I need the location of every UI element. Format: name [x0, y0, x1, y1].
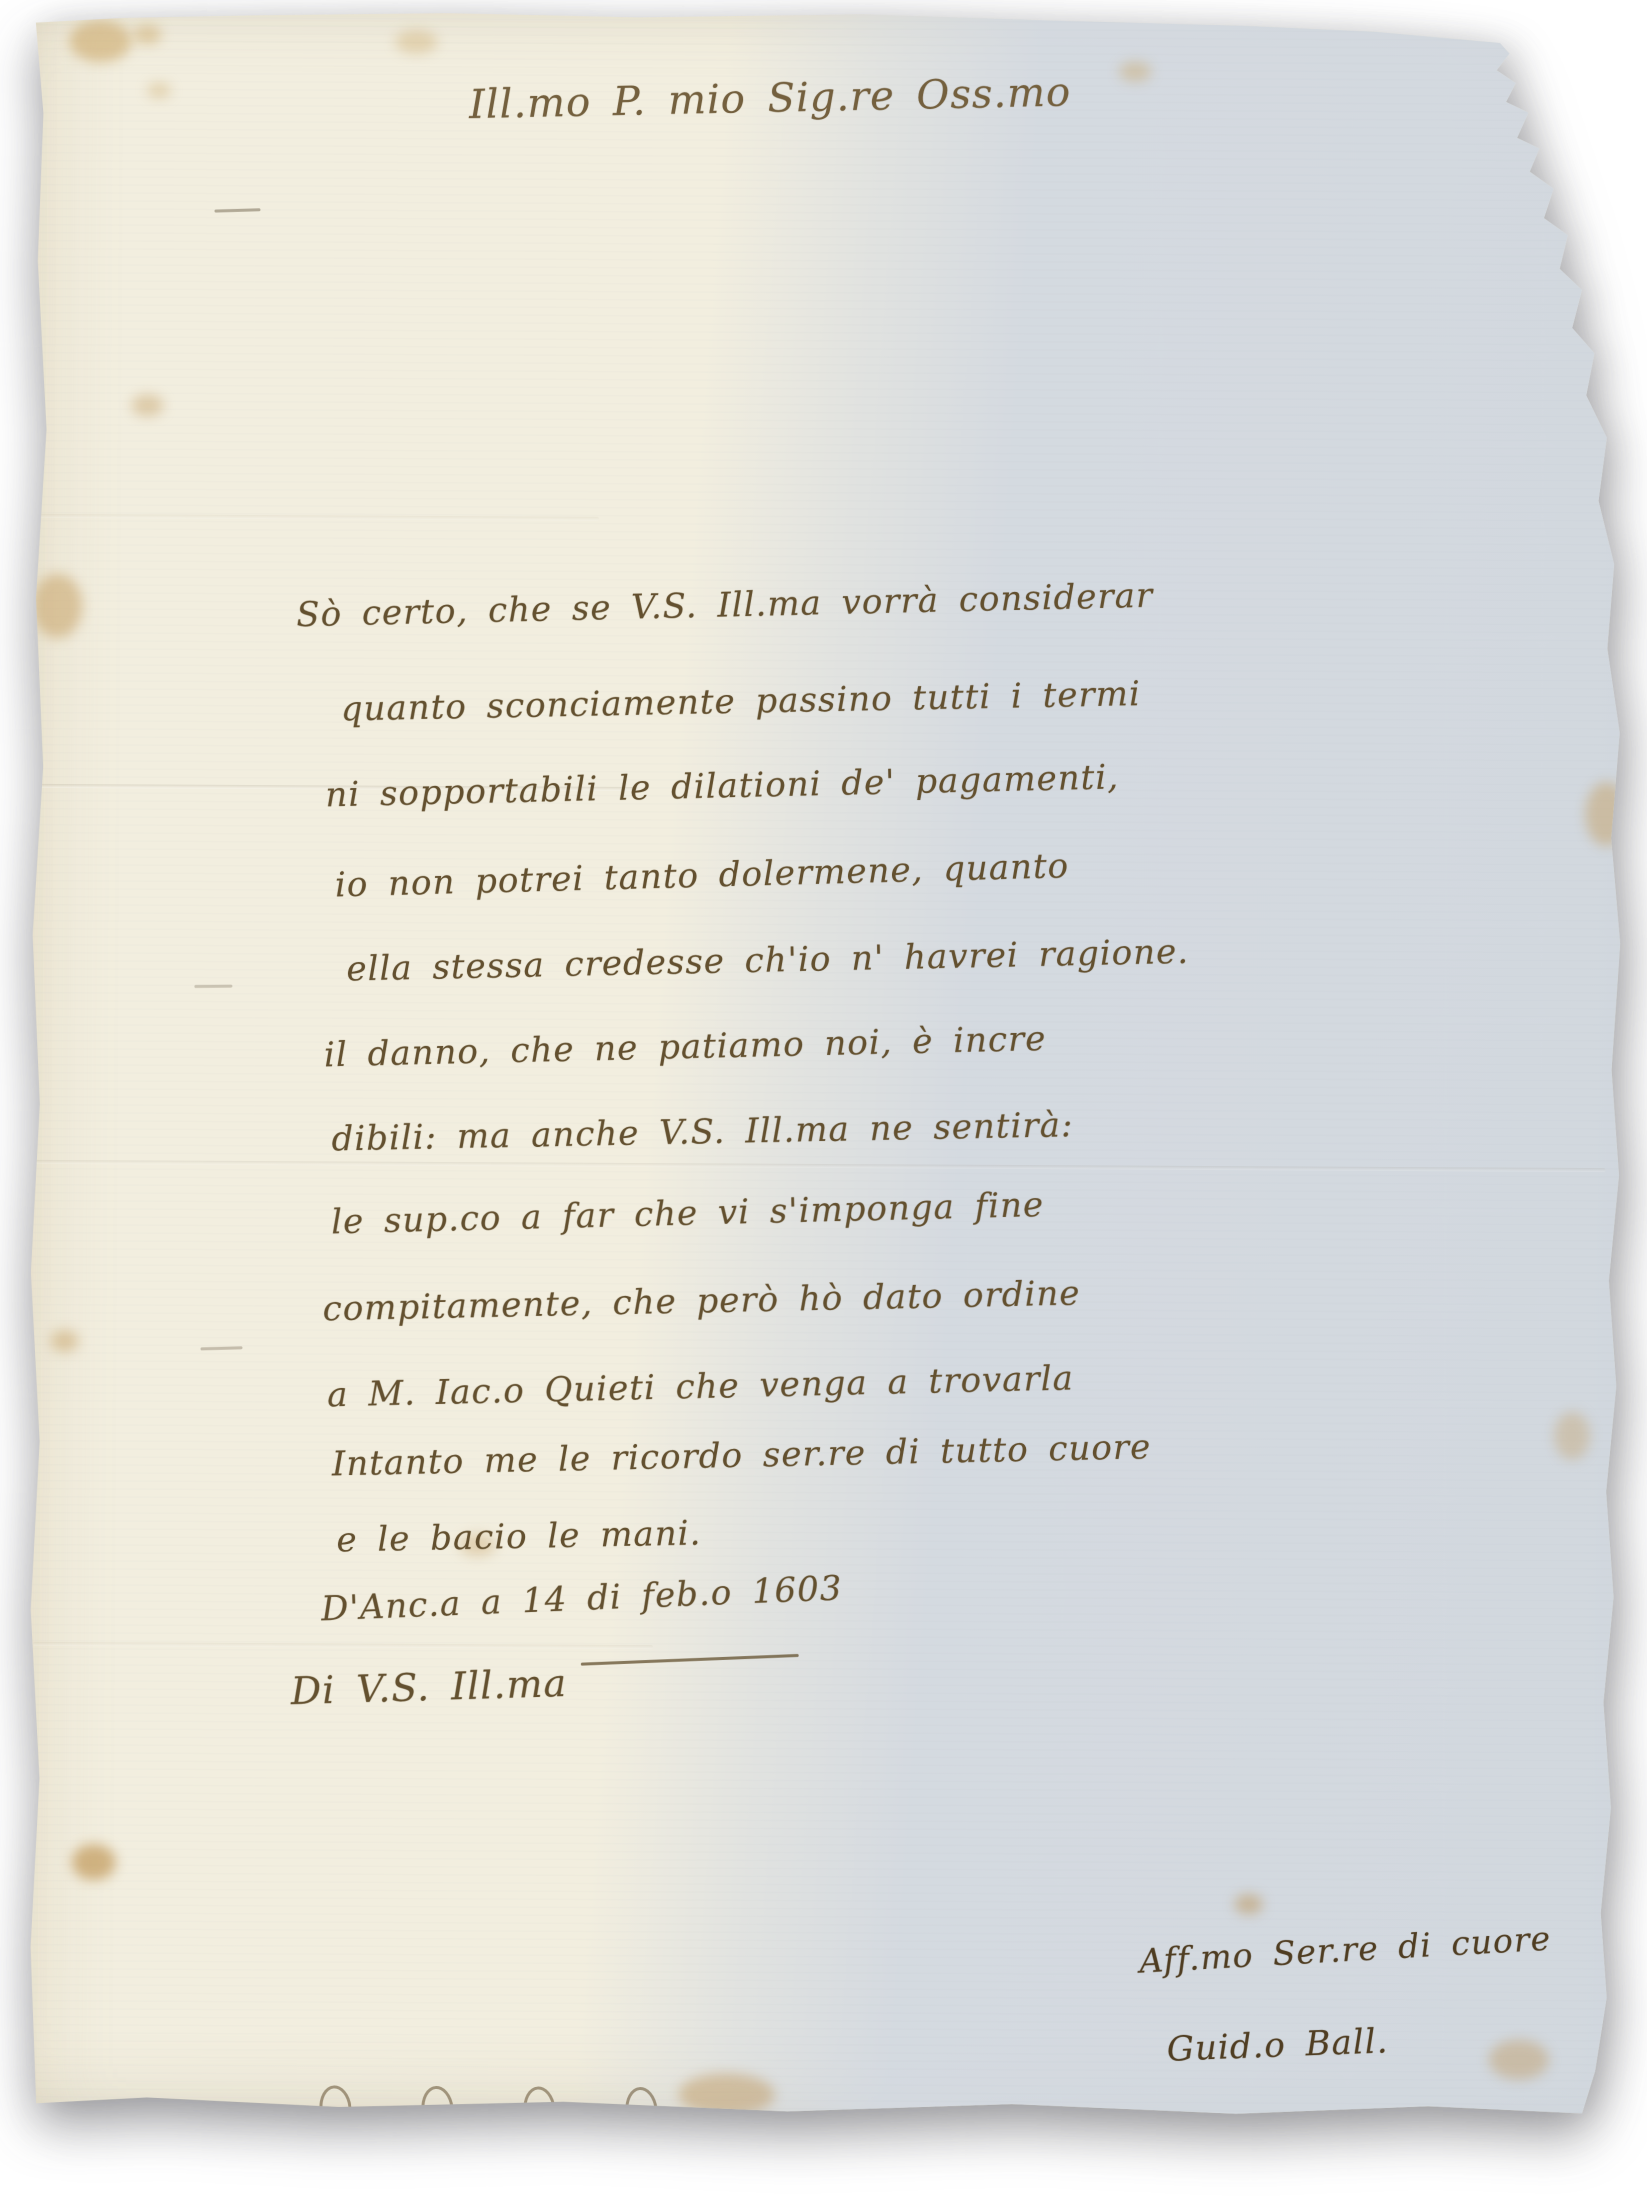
- foxing-stain: [1585, 782, 1627, 846]
- scanned-letter-page: Ill.mo P. mio Sig.re Oss.mo Sò certo, ch…: [0, 0, 1647, 2199]
- foxing-stain: [131, 394, 163, 416]
- foxing-stain: [50, 1330, 78, 1352]
- foxing-stain: [147, 82, 171, 98]
- valediction: Di V.S. Ill.ma: [290, 1661, 568, 1713]
- paper-shadow-wrapper: Ill.mo P. mio Sig.re Oss.mo Sò certo, ch…: [18, 8, 1631, 2124]
- margin-dash-mark: [194, 985, 232, 988]
- body-line-12: e le bacio le mani.: [336, 1513, 702, 1560]
- foxing-stain: [1235, 1894, 1263, 1914]
- laid-paper-texture: [18, 8, 1631, 2124]
- foxing-stain: [395, 30, 437, 54]
- foxing-stain: [133, 24, 161, 44]
- foxing-stain: [72, 1844, 116, 1880]
- signature-line-2: Guid.o Ball.: [1166, 2021, 1389, 2069]
- foxing-stain: [679, 2073, 775, 2116]
- foxing-stain: [1489, 2039, 1549, 2079]
- foxing-stain: [32, 574, 82, 638]
- paper-sheet: Ill.mo P. mio Sig.re Oss.mo Sò certo, ch…: [18, 8, 1631, 2124]
- clipped-ink-marks: [319, 2085, 657, 2114]
- foxing-stain: [69, 20, 131, 62]
- foxing-stain: [1119, 62, 1151, 82]
- foxing-stain: [1554, 1412, 1590, 1460]
